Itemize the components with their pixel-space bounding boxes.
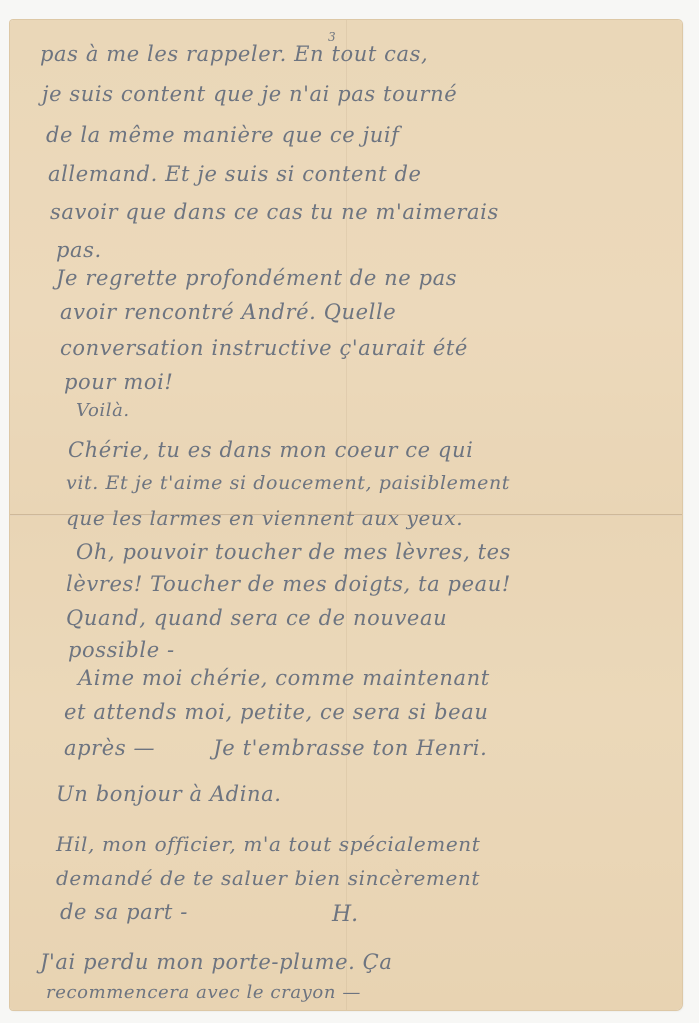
letter-line: Chérie, tu es dans mon coeur ce qui <box>68 438 473 462</box>
letter-line: pas. <box>56 238 102 262</box>
letter-line: Un bonjour à Adina. <box>56 782 282 806</box>
letter-line: vit. Et je t'aime si doucement, paisible… <box>66 472 510 494</box>
letter-page: 3 pas à me les rappeler. En tout cas, je… <box>10 20 682 1010</box>
letter-line: Oh, pouvoir toucher de mes lèvres, tes <box>76 540 511 564</box>
letter-line: demandé de te saluer bien sincèrement <box>56 866 480 890</box>
letter-line: Hil, mon officier, m'a tout spécialement <box>56 832 480 856</box>
letter-line: de sa part - <box>60 900 188 924</box>
letter-line: Voilà. <box>76 400 130 421</box>
letter-line: conversation instructive ç'aurait été <box>60 336 468 360</box>
letter-line: savoir que dans ce cas tu ne m'aimerais <box>50 200 499 224</box>
letter-line: je suis content que je n'ai pas tourné <box>42 82 457 106</box>
letter-line: J'ai perdu mon porte-plume. Ça <box>40 950 392 974</box>
letter-line: de la même manière que ce juif <box>46 123 400 147</box>
letter-line: et attends moi, petite, ce sera si beau <box>64 700 488 724</box>
letter-line: avoir rencontré André. Quelle <box>60 300 396 324</box>
letter-line: Je regrette profondément de ne pas <box>56 266 457 290</box>
letter-line: Aime moi chérie, comme maintenant <box>78 666 490 690</box>
letter-line: pour moi! <box>64 370 173 394</box>
letter-line: lèvres! Toucher de mes doigts, ta peau! <box>66 572 511 596</box>
letter-line: Quand, quand sera ce de nouveau <box>66 606 447 630</box>
signature: H. <box>332 902 358 927</box>
letter-line: allemand. Et je suis si content de <box>48 162 422 186</box>
letter-line: après — Je t'embrasse ton Henri. <box>64 736 487 760</box>
letter-line: pas à me les rappeler. En tout cas, <box>40 42 428 66</box>
letter-line: recommencera avec le crayon — <box>46 982 361 1003</box>
letter-line: possible - <box>68 638 175 662</box>
letter-line: que les larmes en viennent aux yeux. <box>66 506 463 530</box>
